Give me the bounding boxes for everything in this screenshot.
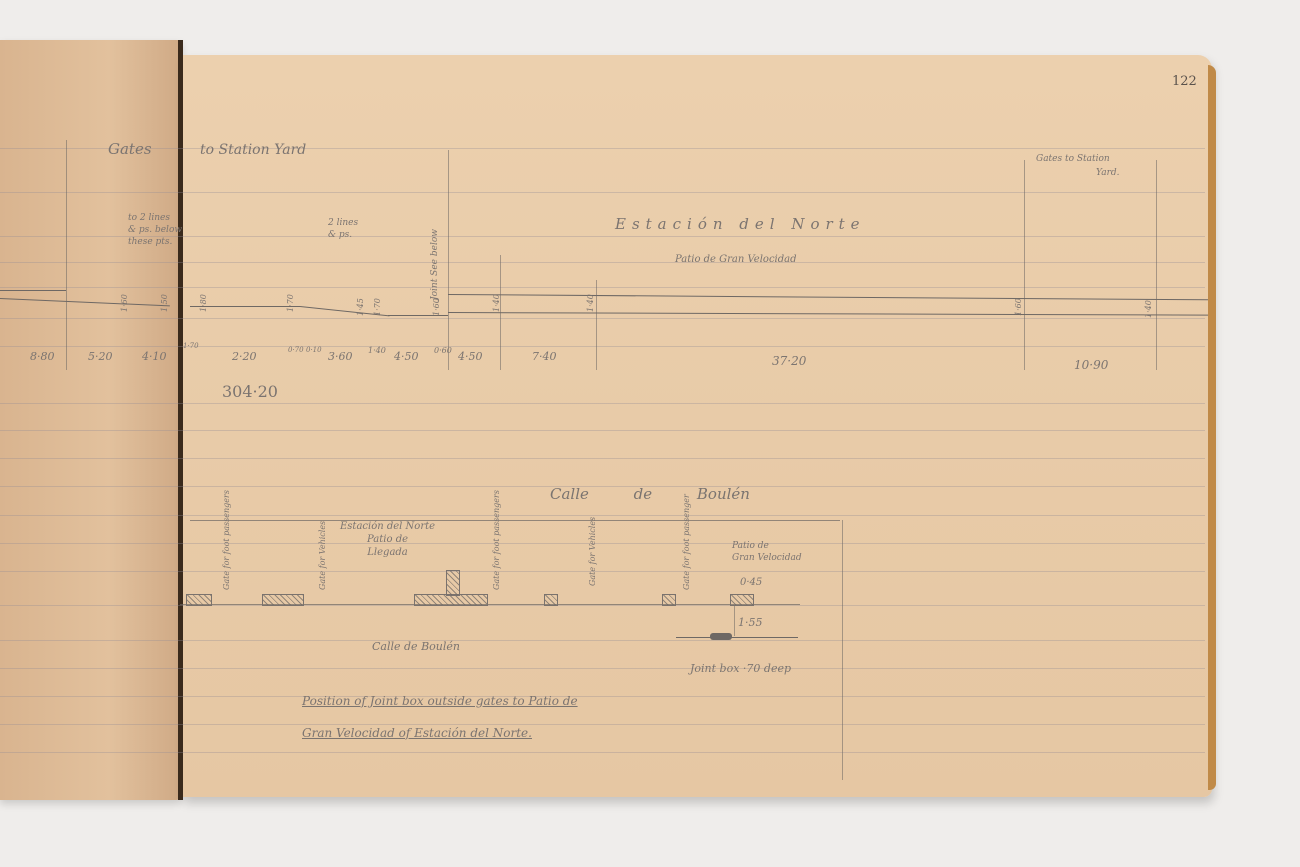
notebook-spine — [178, 40, 183, 800]
left-page — [0, 40, 182, 800]
street-title: Calle de Boulén — [550, 485, 750, 503]
page-edge — [1208, 65, 1216, 790]
gate-label: Gate for foot passengers — [222, 490, 231, 590]
gate-label: Gate for foot passenger — [682, 494, 691, 590]
joint-box-icon — [710, 633, 732, 640]
street-bottom-label: Calle de Boulén — [372, 640, 460, 653]
station-subtitle: Patio de Gran Velocidad — [675, 254, 797, 265]
wall-pier — [446, 570, 460, 596]
caption-line-1: Position of Joint box outside gates to P… — [302, 694, 578, 708]
total-distance: 304·20 — [222, 382, 278, 401]
notebook-photo: 122 Gates to Station Yard to 2 lines & p… — [0, 0, 1300, 867]
gate-label: Gate for Vehicles — [318, 521, 327, 590]
caption-line-2: Gran Velocidad of Estación del Norte. — [302, 726, 532, 740]
page-number: 122 — [1172, 74, 1197, 89]
patio-label: Patio de Gran Velocidad — [732, 540, 802, 564]
wall-pier — [662, 594, 676, 606]
joint-box-label: Joint box ·70 deep — [690, 662, 791, 675]
gates-right-label: Gates to Station Yard. — [1036, 152, 1120, 180]
gates-label: Gates — [108, 140, 152, 158]
building-label: Estación del Norte Patio de Llegada — [340, 520, 435, 559]
offset-label: 0·45 — [740, 577, 762, 588]
station-yard-label: to Station Yard — [200, 142, 306, 158]
depth-label: 1·55 — [738, 616, 763, 629]
left-note: to 2 lines & ps. below these pts. — [128, 212, 182, 248]
joint-note: Joint See below — [430, 229, 440, 300]
wall-segment — [186, 594, 212, 606]
gate-label: Gate for foot passengers — [492, 490, 501, 590]
wall-segment — [262, 594, 304, 606]
gate-label: Gate for Vehicles — [588, 517, 597, 586]
wall-pier — [544, 594, 558, 606]
mid-note: 2 lines & ps. — [328, 217, 358, 241]
station-title: Estación del Norte — [615, 215, 866, 233]
wall-pier — [730, 594, 754, 606]
